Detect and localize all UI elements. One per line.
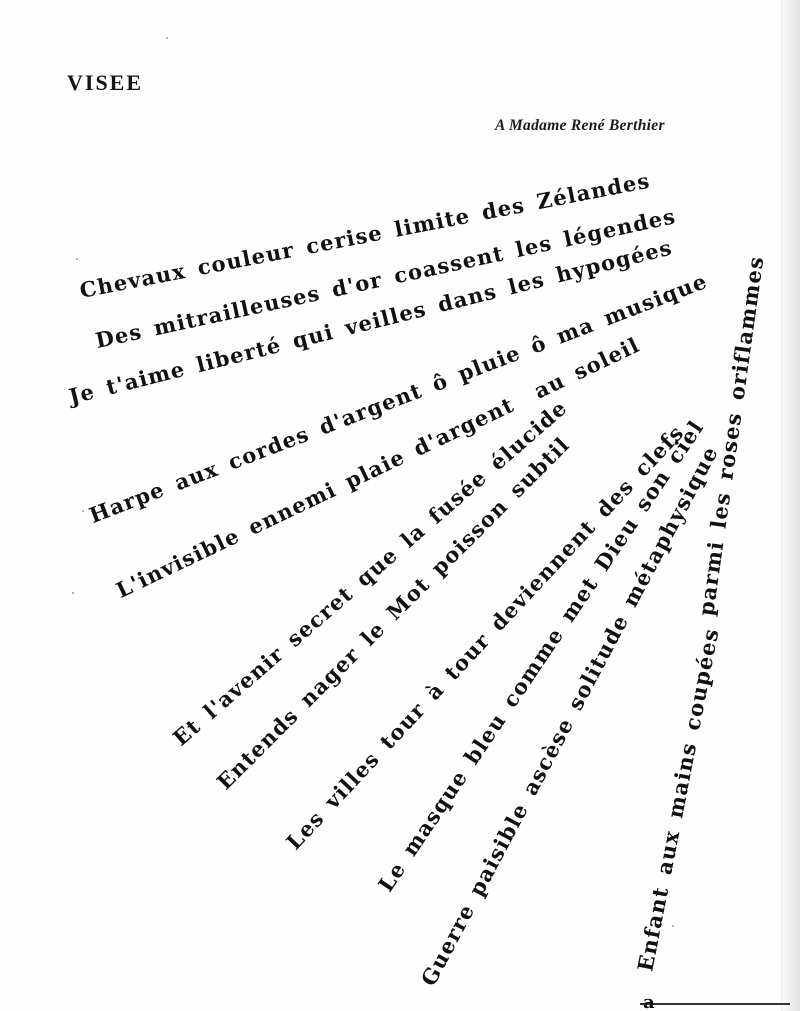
paper-speck [166, 37, 168, 39]
poem-dedication: A Madame René Berthier [495, 117, 665, 135]
paper-speck [82, 510, 84, 512]
verse-line: Le masque bleu comme met Dieu son ciel [375, 416, 707, 895]
paper-speck [672, 925, 674, 927]
footer-text-fragment: a [643, 992, 655, 1011]
footer-rule [640, 1003, 790, 1005]
verse-line: Enfant aux mains coupées [634, 626, 721, 973]
poem-title: VISEE [67, 70, 143, 96]
paper-speck [76, 258, 78, 260]
paper-speck [72, 592, 74, 594]
page-edge-shadow [781, 0, 800, 1011]
verse-line: parmi les roses oriflammes [695, 254, 766, 617]
scanned-page: VISEE A Madame René Berthier Chevaux cou… [0, 0, 800, 1011]
